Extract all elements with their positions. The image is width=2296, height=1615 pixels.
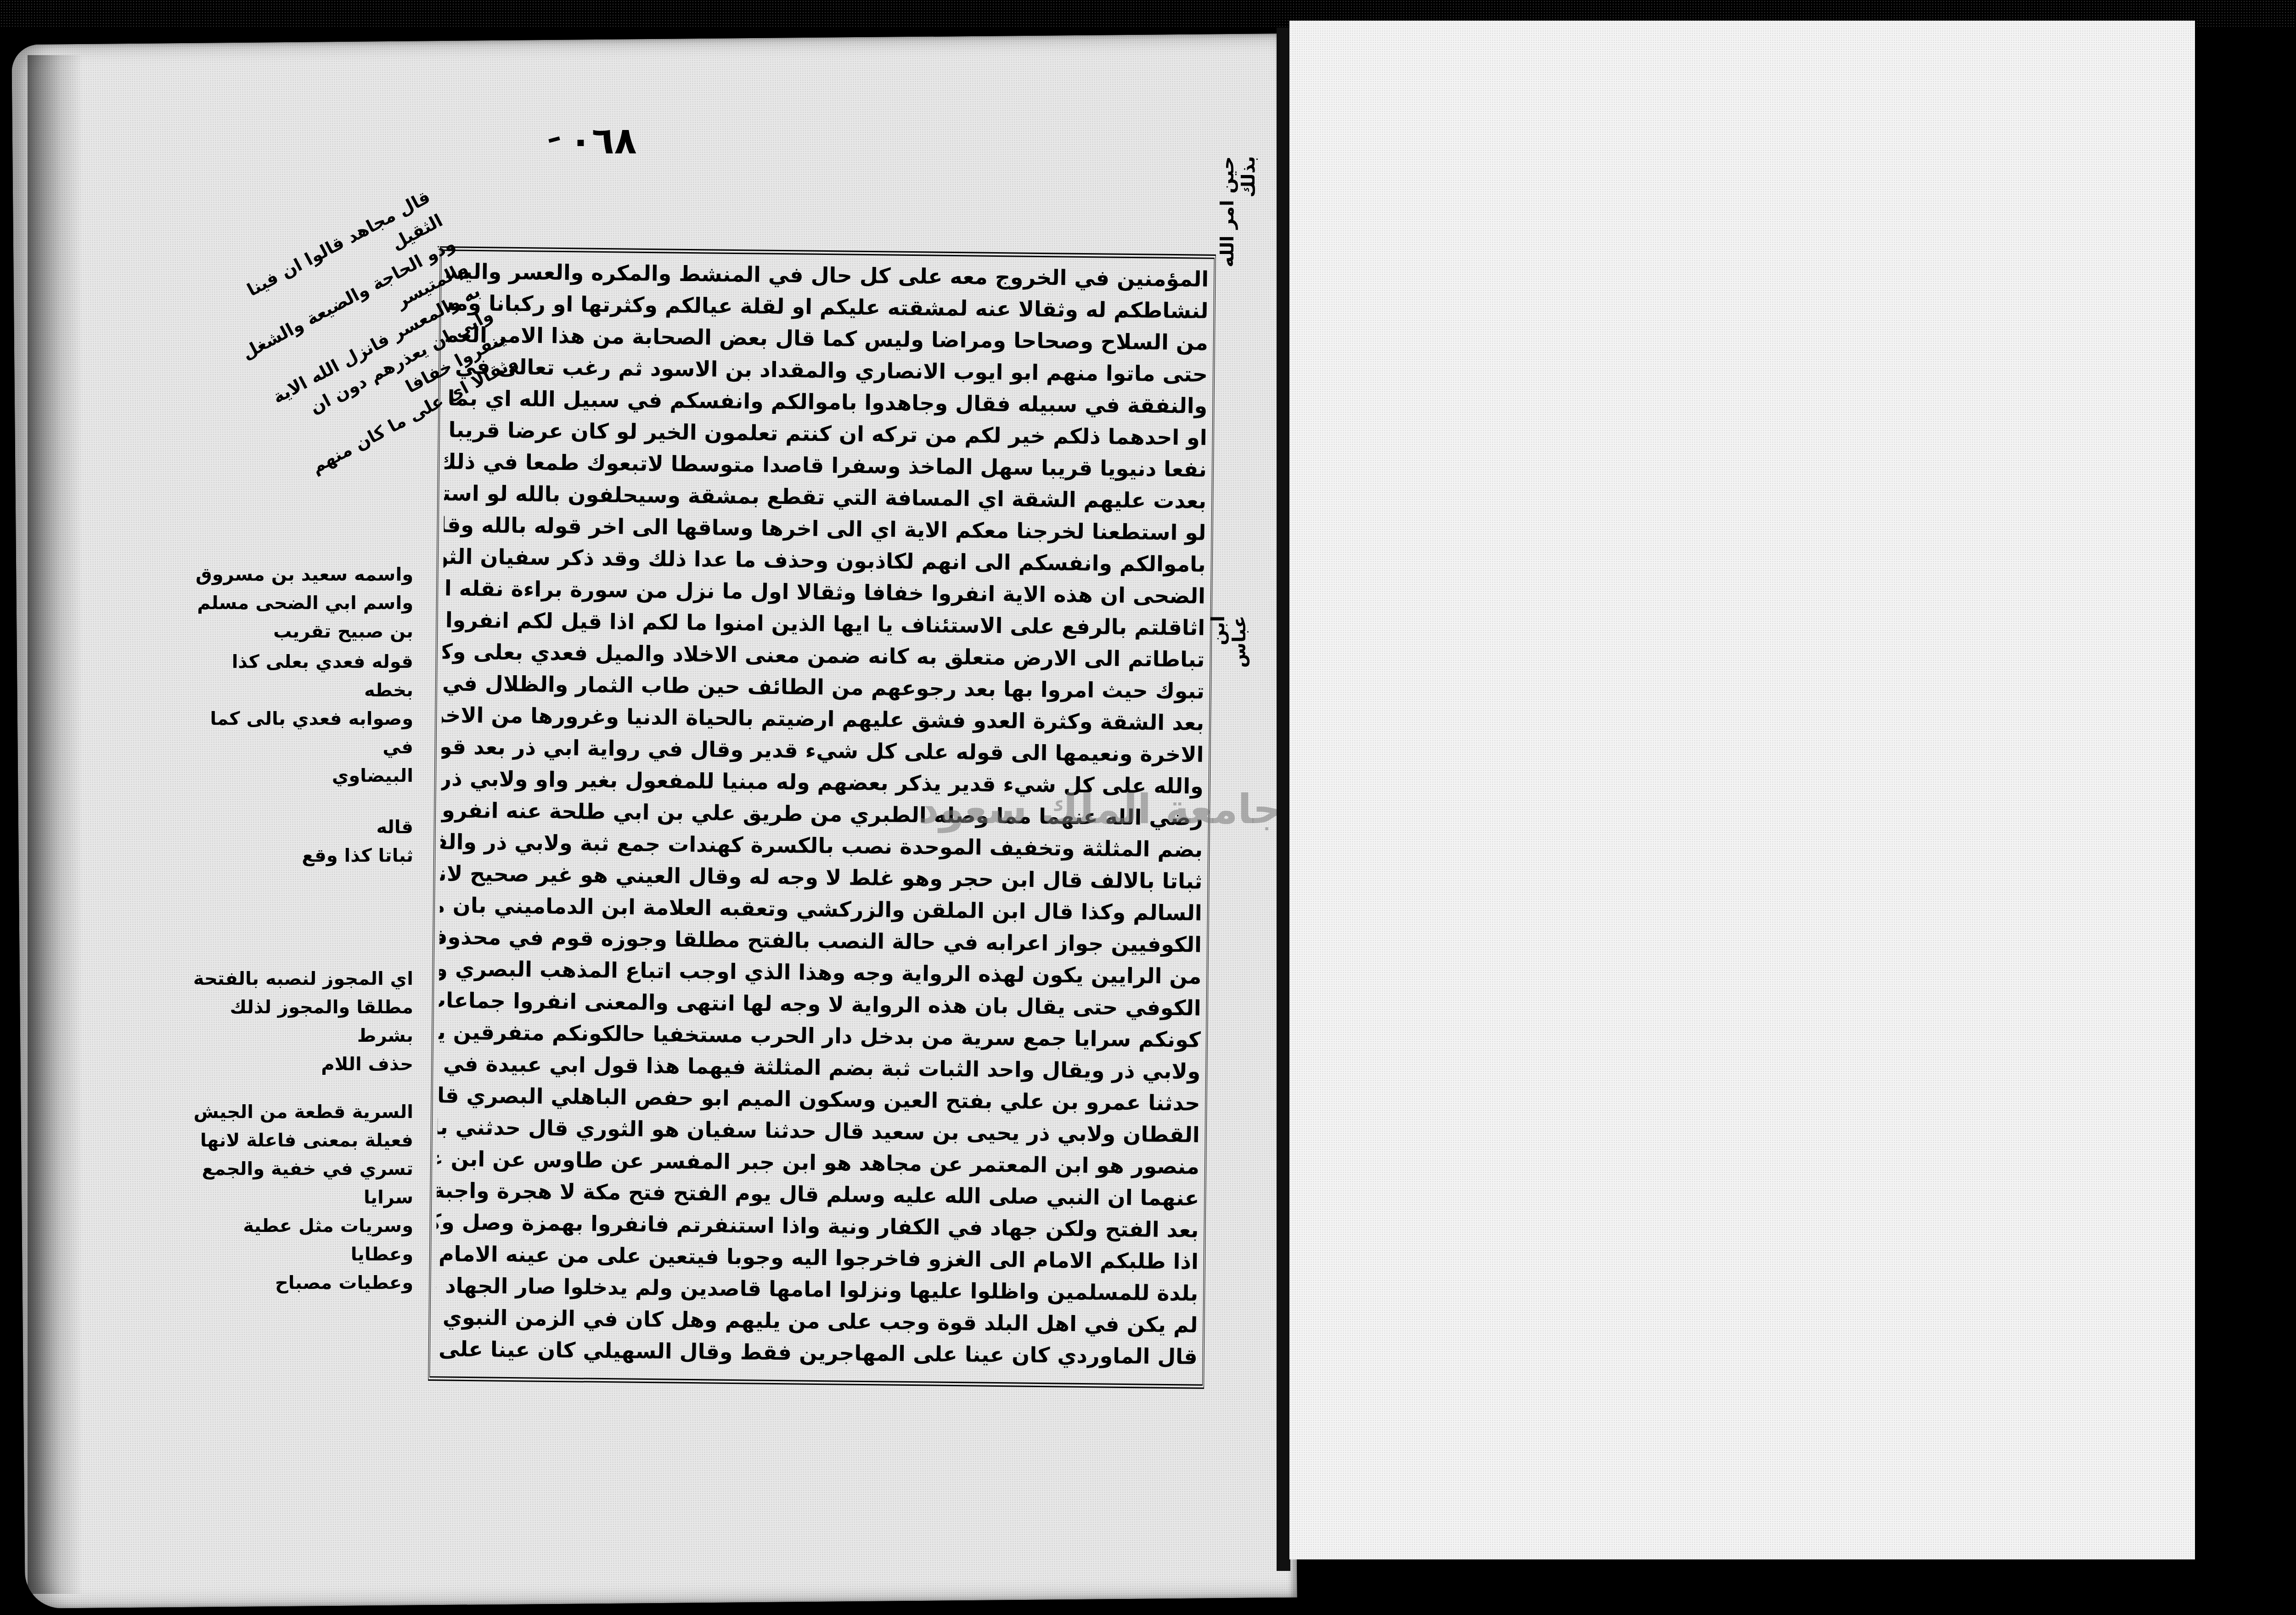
page-number: ٠٦٨ xyxy=(569,119,636,162)
margin-line: تسري في خفية والجمع سرايا xyxy=(184,1155,413,1212)
margin-line: مطلقا والمجوز لذلك بشرط xyxy=(184,993,413,1050)
margin-line: قاله xyxy=(257,813,413,841)
margin-note-3: قاله ثباتا كذا وقع xyxy=(257,813,413,870)
right-blank-page xyxy=(1289,21,2195,1559)
margin-line: واسم ابي الضحى مسلم بن صبيح تقريب xyxy=(174,589,413,646)
margin-note-1: واسمه سعيد بن مسروق واسم ابي الضحى مسلم … xyxy=(174,560,413,646)
margin-line: قوله فعدي بعلى كذا بخطه xyxy=(193,648,413,705)
binding-shadow xyxy=(28,55,83,1594)
margin-line: واسمه سعيد بن مسروق xyxy=(174,560,413,589)
margin-line: اي المجوز لنصبه بالفتحة xyxy=(184,965,413,993)
margin-line: السرية قطعة من الجيش xyxy=(184,1098,413,1126)
margin-note-2: قوله فعدي بعلى كذا بخطه وصوابه فعدي بالى… xyxy=(193,648,413,790)
margin-line: وسريات مثل عطية وعطايا xyxy=(184,1212,413,1269)
margin-line: وصوابه فعدي بالى كما في xyxy=(193,705,413,762)
book-gutter xyxy=(1277,28,1290,1571)
library-watermark: جامعة الملك سعود xyxy=(918,785,1282,833)
margin-note-4: اي المجوز لنصبه بالفتحة مطلقا والمجوز لذ… xyxy=(184,965,413,1079)
margin-line: وعطيات مصباح xyxy=(184,1269,413,1297)
margin-line: حذف اللام xyxy=(184,1050,413,1079)
margin-line: ثباتا كذا وقع xyxy=(257,841,413,870)
vertical-margin-note-2: ابن عباس xyxy=(1208,616,1250,689)
vertical-margin-note-1: حين امر الله بذلك xyxy=(1217,156,1259,312)
margin-note-5: السرية قطعة من الجيش فعيلة بمعنى فاعلة ل… xyxy=(184,1098,413,1297)
margin-line: فعيلة بمعنى فاعلة لانها xyxy=(184,1126,413,1155)
margin-line: البيضاوي xyxy=(193,762,413,790)
